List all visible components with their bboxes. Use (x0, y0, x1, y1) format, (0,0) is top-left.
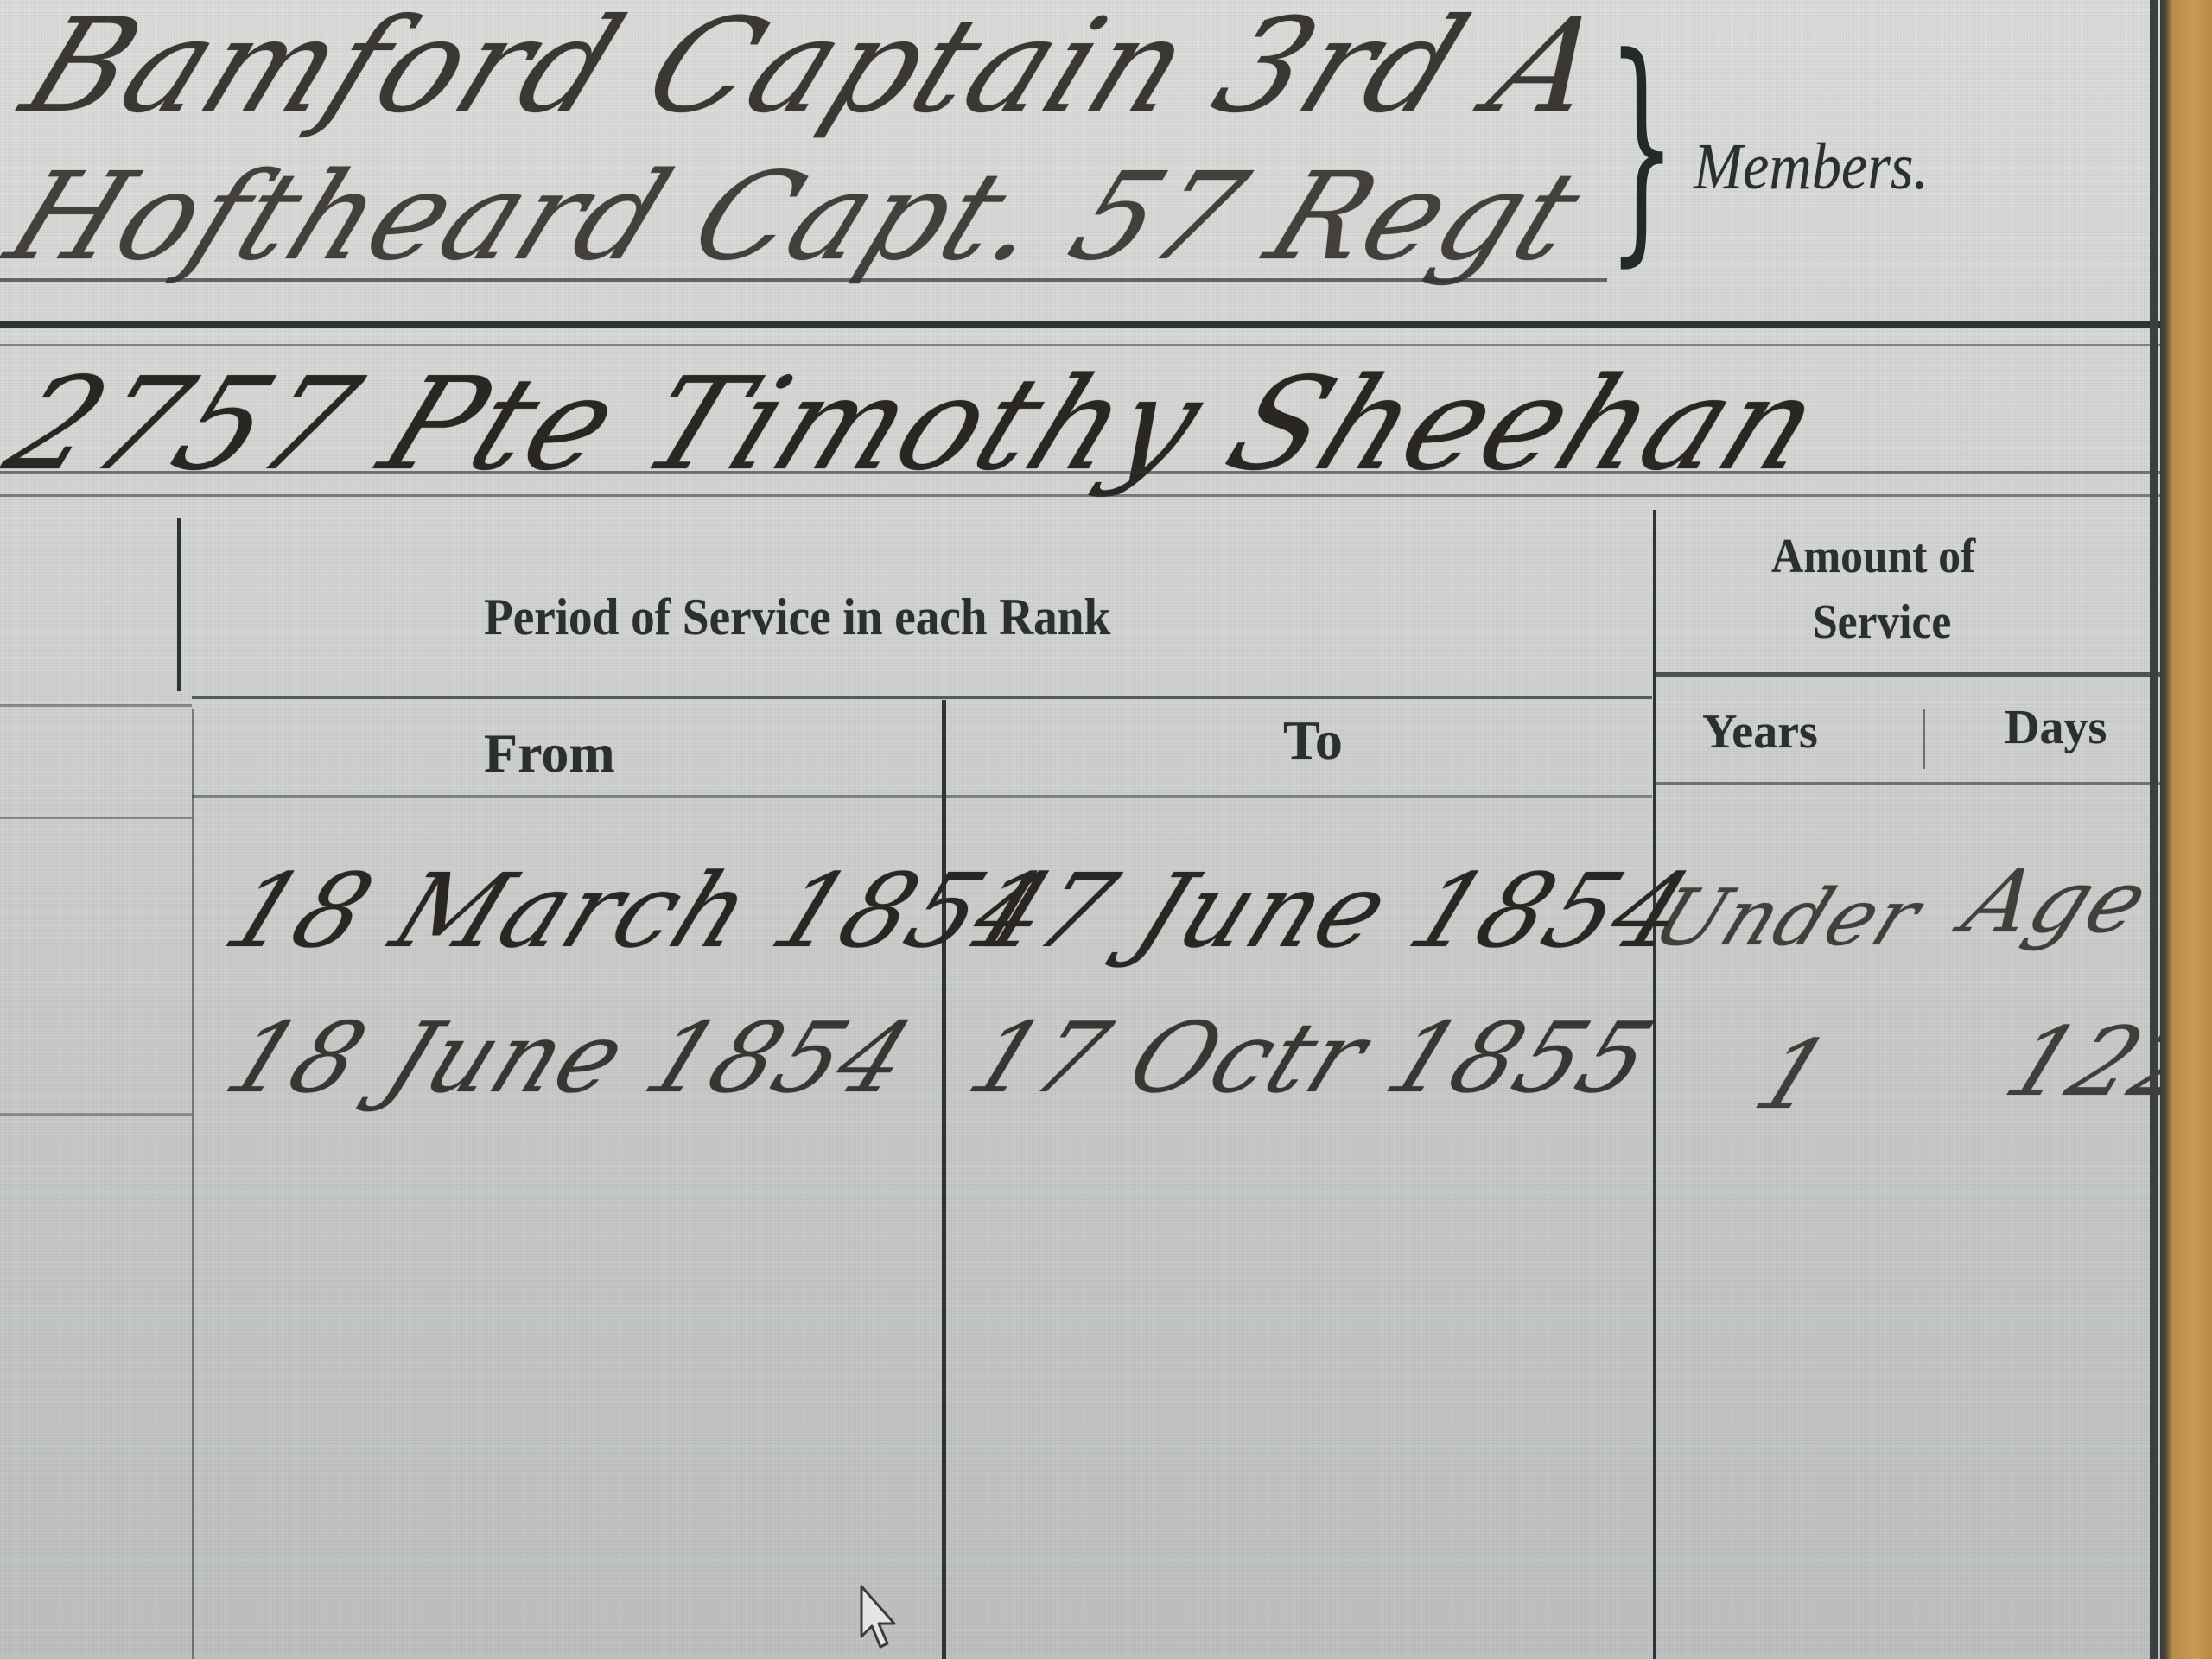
handwritten-entry-line-1: Bamford Captain 3rd A (4, 0, 1626, 142)
header-divider-amount (1656, 672, 2166, 677)
column-header-days: Days (2005, 700, 2107, 755)
from-to-divider (942, 700, 946, 1659)
brace-icon: } (1607, 26, 1676, 268)
amount-of-service-header-line-1: Amount of (1771, 529, 1975, 584)
rule-line (0, 321, 2160, 328)
soldier-entry: 2757 Pte Timothy Sheehan (0, 350, 1842, 499)
left-row-line (0, 704, 192, 707)
arrow-pointer-icon (858, 1583, 901, 1652)
rule-line (0, 278, 1607, 282)
row-1-years: Under (1641, 873, 1935, 963)
rule-line (0, 344, 2160, 346)
monitor-bezel (2160, 0, 2212, 1659)
header-bottom-line-amount (1656, 782, 2166, 785)
row-1-days: Age (1949, 851, 2164, 952)
handwritten-entry-line-2: Hoftheard Capt. 57 Regt (0, 147, 1601, 288)
table-left-border-lower (192, 709, 194, 1659)
column-header-to: To (1283, 709, 1343, 772)
rule-line (0, 494, 2160, 497)
header-divider (192, 696, 1652, 699)
row-2-to: 17 Octr 1855 (954, 1002, 1669, 1115)
years-days-divider (1923, 709, 1925, 769)
rule-line (0, 471, 2160, 474)
row-2-years: 1 (1740, 1020, 1847, 1130)
page-right-edge (2150, 0, 2158, 1659)
column-header-from: From (484, 721, 615, 785)
table-left-border (177, 518, 181, 691)
period-of-service-header: Period of Service in each Rank (484, 588, 1110, 647)
amount-of-service-header-line-2: Service (1813, 594, 1951, 650)
members-label: Members. (1694, 130, 1929, 205)
left-row-line (0, 1113, 192, 1116)
period-amount-divider (1653, 510, 1656, 1659)
column-header-years: Years (1702, 704, 1818, 760)
row-2-from: 18 June 1854 (211, 1002, 929, 1115)
header-bottom-line (192, 795, 1652, 798)
left-row-line (0, 817, 192, 819)
row-1-from: 18 March 1854 (209, 851, 1071, 970)
document-viewer-screen: Bamford Captain 3rd A Hoftheard Capt. 57… (0, 0, 2212, 1659)
row-1-to: 17 June 1854 (952, 851, 1707, 970)
